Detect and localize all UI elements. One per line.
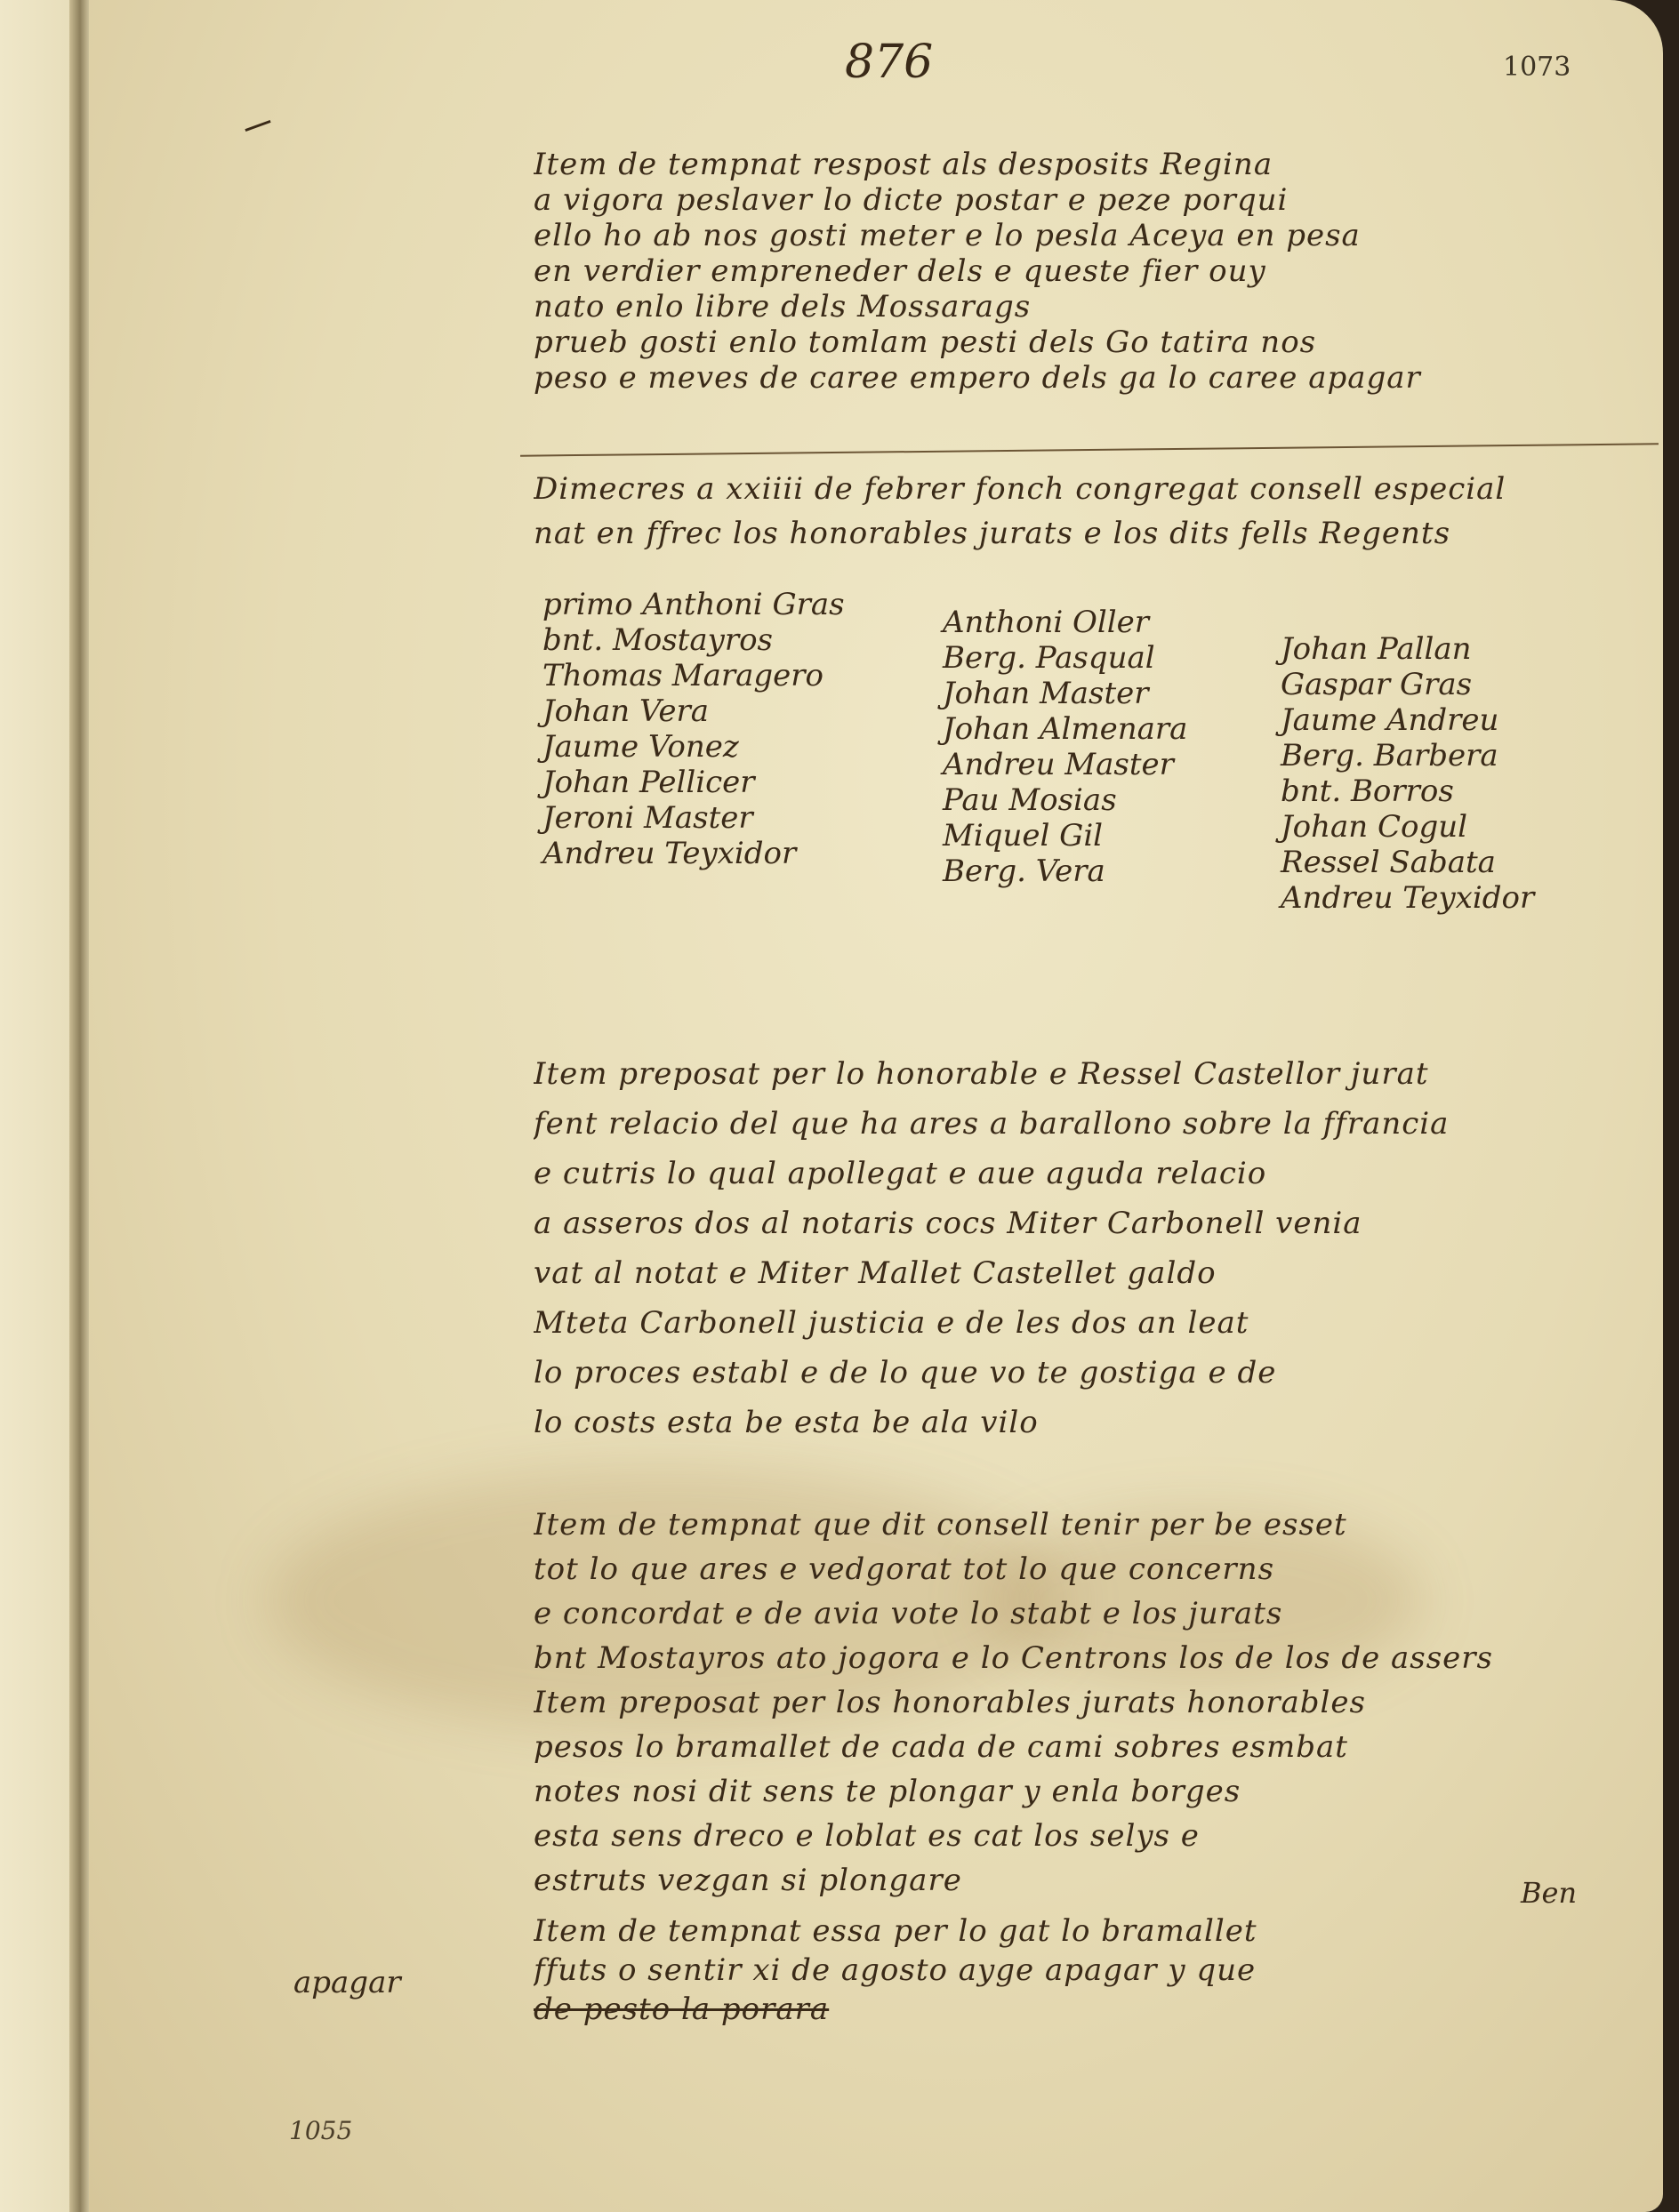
text-line: notes nosi dit sens te plongar y enla bo…	[534, 1769, 1636, 1814]
council-member: primo Anthoni Gras	[542, 587, 845, 622]
paragraph-1: Item de tempnat respost als desposits Re…	[534, 147, 1636, 396]
binding-gutter	[69, 0, 91, 2212]
names-column-3: Johan Pallan Gaspar Gras Jaume Andreu Be…	[1281, 631, 1534, 916]
bottom-number: 1055	[289, 2116, 352, 2145]
text-line: Mteta Carbonell justicia e de les dos an…	[534, 1298, 1636, 1348]
council-member: Andreu Teyxidor	[542, 836, 845, 871]
text-line: lo proces establ e de lo que vo te gosti…	[534, 1348, 1636, 1398]
text-line: Item preposat per los honorables jurats …	[534, 1680, 1636, 1725]
council-member: Pau Mosias	[943, 782, 1187, 818]
text-line: ello ho ab nos gosti meter e lo pesla Ac…	[534, 218, 1636, 253]
annotation: Ben	[1521, 1876, 1577, 1910]
text-line: Item preposat per lo honorable e Ressel …	[534, 1049, 1636, 1099]
council-member: Berg. Vera	[943, 854, 1187, 889]
text-line: pesos lo bramallet de cada de cami sobre…	[534, 1725, 1636, 1769]
council-member: bnt. Mostayros	[542, 622, 845, 658]
council-member: Berg. Pasqual	[943, 640, 1187, 676]
council-member: Andreu Master	[943, 747, 1187, 782]
council-member: Jaume Vonez	[542, 729, 845, 765]
text-line: vat al notat e Miter Mallet Castellet ga…	[534, 1248, 1636, 1298]
text-line: prueb gosti enlo tomlam pesti dels Go ta…	[534, 325, 1636, 360]
council-member: Jeroni Master	[542, 800, 845, 836]
text-line: a vigora peslaver lo dicte postar e peze…	[534, 182, 1636, 218]
council-member: Andreu Teyxidor	[1281, 880, 1534, 916]
paragraph-4: Item de tempnat que dit consell tenir pe…	[534, 1503, 1636, 1903]
names-column-2: Anthoni Oller Berg. Pasqual Johan Master…	[943, 605, 1187, 889]
text-line: a asseros dos al notaris cocs Miter Carb…	[534, 1198, 1636, 1248]
council-member: Johan Master	[943, 676, 1187, 711]
margin-note: apagar	[293, 1965, 401, 2000]
text-line: en verdier empreneder dels e queste fier…	[534, 253, 1636, 289]
text-line: e concordat e de avia vote lo stabt e lo…	[534, 1591, 1636, 1636]
paragraph-5: Item de tempnat essa per lo gat lo brama…	[534, 1911, 1636, 2029]
council-member: Johan Cogul	[1281, 809, 1534, 845]
text-line: esta sens dreco e loblat es cat los sely…	[534, 1814, 1636, 1858]
council-member: Ressel Sabata	[1281, 845, 1534, 880]
text-line: de pesto la porara	[534, 1990, 1636, 2029]
text-line: ffuts o sentir xi de agosto ayge apagar …	[534, 1951, 1636, 1990]
council-member: bnt. Borros	[1281, 773, 1534, 809]
text-line: nat en ffrec los honorables jurats e los…	[534, 511, 1636, 556]
names-column-1: primo Anthoni Gras bnt. Mostayros Thomas…	[542, 587, 845, 871]
council-member: Johan Vera	[542, 693, 845, 729]
text-line: e cutris lo qual apollegat e aue aguda r…	[534, 1149, 1636, 1198]
council-member: Anthoni Oller	[943, 605, 1187, 640]
text-line: tot lo que ares e vedgorat tot lo que co…	[534, 1547, 1636, 1591]
council-member: Johan Pallan	[1281, 631, 1534, 667]
text-line: nato enlo libre dels Mossarags	[534, 289, 1636, 325]
paragraph-2: Dimecres a xxiiii de febrer fonch congre…	[534, 467, 1636, 556]
paragraph-3: Item preposat per lo honorable e Ressel …	[534, 1049, 1636, 1447]
council-member: Berg. Barbera	[1281, 738, 1534, 773]
council-member: Johan Pellicer	[542, 765, 845, 800]
text-line: peso e meves de caree empero dels ga lo …	[534, 360, 1636, 396]
council-member: Johan Almenara	[943, 711, 1187, 747]
header-mark: 876	[845, 36, 933, 89]
text-line: lo costs esta be esta be ala vilo	[534, 1398, 1636, 1447]
text-line: bnt Mostayros ato jogora e lo Centrons l…	[534, 1636, 1636, 1680]
text-line: Item de tempnat essa per lo gat lo brama…	[534, 1911, 1636, 1951]
council-member: Thomas Maragero	[542, 658, 845, 693]
council-member: Miquel Gil	[943, 818, 1187, 854]
folio-number: 1073	[1503, 52, 1571, 83]
council-member: Jaume Andreu	[1281, 702, 1534, 738]
text-line: estruts vezgan si plongare	[534, 1858, 1636, 1903]
text-line: Dimecres a xxiiii de febrer fonch congre…	[534, 467, 1636, 511]
text-line: Item de tempnat que dit consell tenir pe…	[534, 1503, 1636, 1547]
text-line: Item de tempnat respost als desposits Re…	[534, 147, 1636, 182]
text-line: fent relacio del que ha ares a barallono…	[534, 1099, 1636, 1149]
council-member: Gaspar Gras	[1281, 667, 1534, 702]
